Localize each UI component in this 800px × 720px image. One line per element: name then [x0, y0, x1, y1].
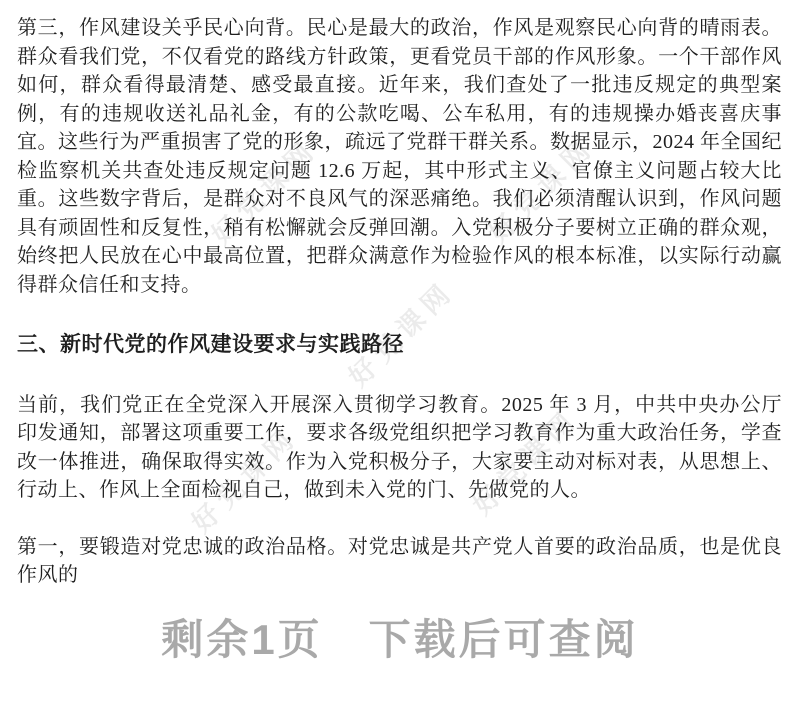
document-page: 好党课网好党课网好党课网好党课网好党课网 第三，作风建设关乎民心向背。民心是最大… [0, 0, 800, 720]
section-heading: 三、新时代党的作风建设要求与实践路径 [17, 330, 782, 359]
document-paragraph-3: 第一，要锻造对党忠诚的政治品格。对党忠诚是共产党人首要的政治品质，也是优良作风的 [17, 533, 782, 590]
pages-remaining-label: 剩余1页 [161, 616, 322, 664]
download-hint-label: 下载后可查阅 [369, 616, 639, 664]
document-content: 第三，作风建设关乎民心向背。民心是最大的政治，作风是观察民心向背的晴雨表。群众看… [17, 14, 782, 590]
preview-footer-overlay: 剩余1页 下载后可查阅 [0, 616, 800, 664]
document-paragraph-1: 第三，作风建设关乎民心向背。民心是最大的政治，作风是观察民心向背的晴雨表。群众看… [17, 14, 782, 299]
document-paragraph-2: 当前，我们党正在全党深入开展深入贯彻学习教育。2025 年 3 月，中共中央办公… [17, 391, 782, 505]
